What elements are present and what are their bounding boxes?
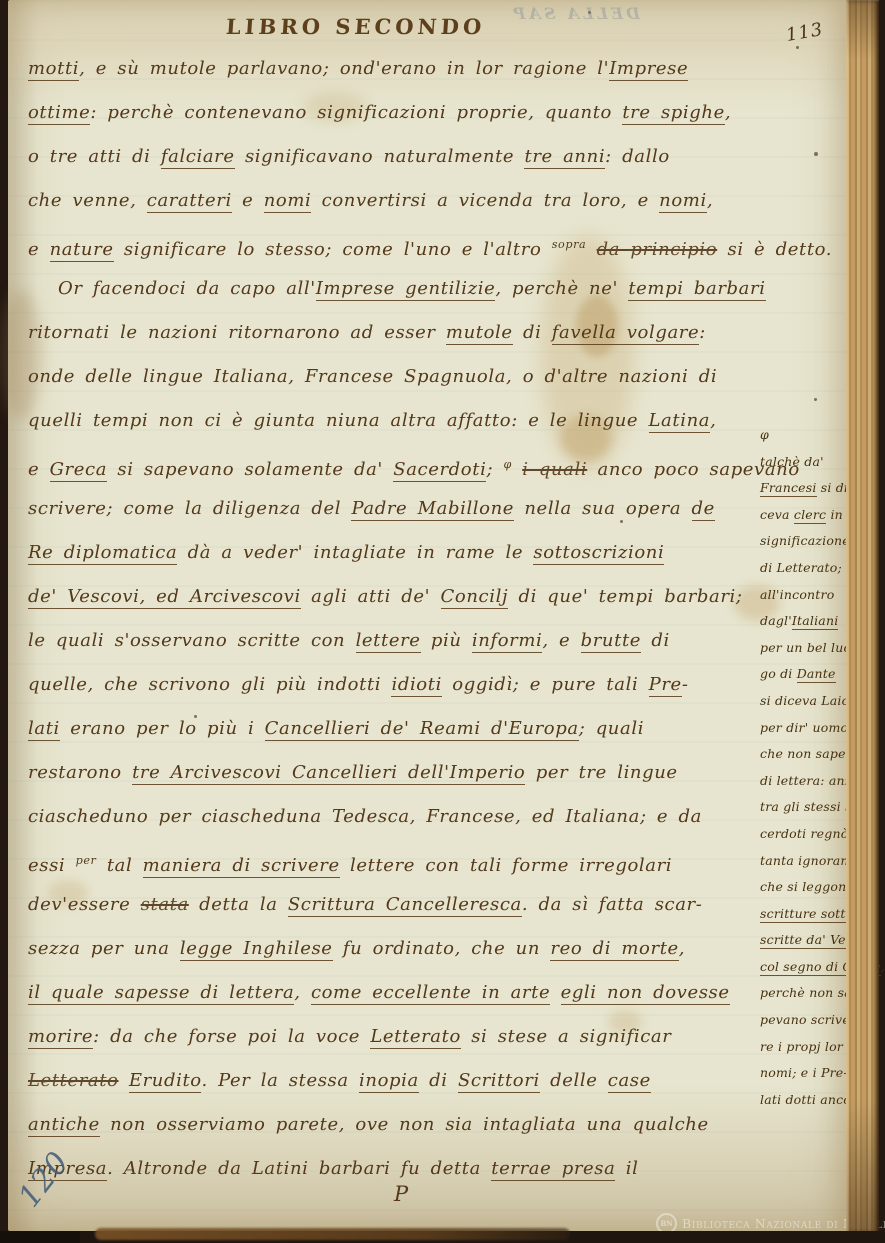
catchword: P	[394, 1182, 409, 1206]
underlined-word: favella volgare	[552, 322, 699, 345]
underlined-word: nature	[50, 239, 114, 262]
folio-number: 113	[784, 19, 824, 46]
underlined-word: falciare	[161, 146, 235, 169]
underlined-word: Dante	[797, 666, 836, 683]
margin-note-line: tanta ignoranza,	[760, 850, 856, 877]
margin-note-line: perchè non sa-	[760, 982, 856, 1009]
text-line: restarono tre Arcivescovi Cancellieri de…	[28, 758, 770, 802]
manuscript-page: DELLA SAP LIBRO SECONDO 113 motti, e sù …	[8, 0, 848, 1232]
underlined-word: Scrittura Cancelleresca	[288, 894, 522, 917]
text-line: quelli tempi non ci è giunta niuna altra…	[28, 406, 770, 450]
word-segment: ritornati le nazioni ritornarono ad esse…	[28, 322, 446, 343]
margin-note-line: φ	[760, 424, 856, 451]
underlined-word: tre spighe	[622, 102, 725, 125]
chapter-heading: LIBRO SECONDO	[225, 14, 486, 39]
word-segment: , e sù mutole parlavano; ond'erano in lo…	[79, 58, 609, 79]
manuscript-scan: { "page": { "header": "LIBRO SECONDO", "…	[0, 0, 885, 1243]
margin-note-line: re i propj lor	[760, 1036, 856, 1063]
word-segment: di lettera: anzi	[760, 773, 856, 788]
word-segment: . da sì fatta scar-	[522, 894, 703, 915]
word-segment: il	[615, 1158, 638, 1179]
margin-note-line: dagl'Italiani	[760, 610, 856, 637]
text-line: ciascheduno per ciascheduna Tedesca, Fra…	[28, 802, 770, 846]
word-segment: o tre atti di	[28, 146, 161, 167]
underlined-word: motti	[28, 58, 79, 81]
word-segment: significare lo stesso; come l'uno e l'al…	[114, 239, 552, 260]
word-segment: quelli tempi non ci è giunta niuna altra…	[28, 410, 649, 431]
margin-note-block: φtalchè da'Francesi si di-ceva clerc ins…	[760, 424, 856, 1115]
word-segment: ceva	[760, 507, 794, 522]
underlined-word: Imprese gentilizie	[316, 278, 496, 301]
margin-note-line: nomi; e i Pre-	[760, 1062, 856, 1089]
ink-speck	[814, 152, 818, 156]
word-segment	[119, 1070, 129, 1091]
underlined-word: Italiani	[792, 613, 839, 630]
text-line: ritornati le nazioni ritornarono ad esse…	[28, 318, 770, 362]
word-segment: che venne,	[28, 190, 147, 211]
word-segment	[586, 239, 596, 260]
struck-word: da principio	[597, 239, 718, 260]
word-segment: ciascheduno per ciascheduna Tedesca, Fra…	[28, 806, 702, 827]
margin-note-line: si diceva Laico	[760, 690, 856, 717]
word-segment: scrivere; come la diligenza del	[28, 498, 351, 519]
word-segment: per un bel luo-	[760, 640, 856, 655]
margin-note-line: talchè da'	[760, 451, 856, 478]
word-segment: nomi; e i Pre-	[760, 1065, 848, 1080]
underlined-word: Francesi	[760, 480, 817, 497]
word-segment: ,	[294, 982, 311, 1003]
word-segment: : da che forse poi la voce	[93, 1026, 370, 1047]
underlined-word: de	[692, 498, 715, 521]
word-segment: re i propj lor	[760, 1039, 843, 1054]
word-segment: significazione	[760, 533, 850, 548]
word-segment: non osserviamo parete, ove non sia intag…	[100, 1114, 709, 1135]
underlined-word: brutte	[581, 630, 641, 653]
underlined-word: Sacerdoti	[393, 459, 486, 482]
word-segment: restarono	[28, 762, 132, 783]
word-segment: perchè non sa-	[760, 985, 856, 1000]
word-segment: dagl'	[760, 613, 792, 628]
text-line: Re diplomatica dà a veder' intagliate in…	[28, 538, 770, 582]
underlined-word: Greca	[50, 459, 107, 482]
underlined-word: Erudito	[129, 1070, 202, 1093]
text-line: Or facendoci da capo all'Imprese gentili…	[28, 274, 770, 318]
text-line: onde delle lingue Italiana, Francese Spa…	[28, 362, 770, 406]
struck-word: Letterato	[28, 1070, 119, 1091]
word-segment: per tre lingue	[525, 762, 677, 783]
word-segment: go di	[760, 666, 797, 681]
margin-note-line: tra gli stessi Sa-	[760, 796, 856, 823]
text-line: antiche non osserviamo parete, ove non s…	[28, 1110, 770, 1154]
text-line: ottime: perchè contenevano significazion…	[28, 98, 770, 142]
word-segment: lati dotti anco	[760, 1092, 851, 1107]
underlined-word: terrae presa	[491, 1158, 615, 1181]
text-line: che venne, caratteri e nomi convertirsi …	[28, 186, 770, 230]
word-segment: convertirsi a vicenda tra loro, e	[311, 190, 659, 211]
underlined-word: egli non dovesse	[561, 982, 730, 1005]
underlined-word: tre Arcivescovi Cancellieri dell'Imperio	[132, 762, 525, 785]
underlined-word: tre anni	[524, 146, 605, 169]
margin-note-line: Francesi si di-	[760, 477, 856, 504]
margin-note-line: di lettera: anzi	[760, 770, 856, 797]
underlined-word: Imprese	[609, 58, 688, 81]
margin-note-line: significazione	[760, 530, 856, 557]
underlined-word: Latina	[649, 410, 711, 433]
margin-note-line: per un bel luo-	[760, 637, 856, 664]
margin-note-line: che si leggono	[760, 876, 856, 903]
word-segment: . Altronde da Latini barbari fu detta	[107, 1158, 491, 1179]
underlined-word: il quale sapesse di lettera	[28, 982, 294, 1005]
margin-note-line: col segno di Croce,	[760, 956, 856, 983]
word-segment: ,	[679, 938, 685, 959]
underlined-word: inopia	[359, 1070, 419, 1093]
underlined-word: ottime	[28, 102, 90, 125]
word-segment: ; quali	[579, 718, 644, 739]
word-segment: ,	[881, 959, 885, 974]
underlined-word: legge Inghilese	[180, 938, 333, 961]
main-text-block: motti, e sù mutole parlavano; ond'erano …	[28, 54, 770, 1198]
word-segment: si sapevano solamente da'	[107, 459, 393, 480]
struck-word: i quali	[522, 459, 587, 480]
word-segment: fu ordinato, che un	[333, 938, 551, 959]
underlined-word: Letterato	[370, 1026, 461, 1049]
underlined-word: de' Vescovi, ed Arcivescovi	[28, 586, 301, 609]
word-segment: in	[826, 507, 843, 522]
word-segment: φ	[760, 427, 769, 442]
margin-note-line: di Letterato; ed	[760, 557, 856, 584]
underlined-word: morire	[28, 1026, 93, 1049]
underlined-word: come eccellente in arte	[311, 982, 550, 1005]
word-segment: dev'essere	[28, 894, 141, 915]
book-fore-edge	[846, 0, 879, 1233]
word-segment: detta la	[189, 894, 288, 915]
underlined-word: lati	[28, 718, 60, 741]
text-line: o tre atti di falciare significavano nat…	[28, 142, 770, 186]
underlined-word: Pre	[649, 674, 682, 697]
word-segment: quelle, che scrivono gli più indotti	[28, 674, 391, 695]
word-segment: per dir' uomo,	[760, 720, 852, 735]
margin-note-line: lati dotti anco	[760, 1089, 856, 1116]
text-line: sezza per una legge Inghilese fu ordinat…	[28, 934, 770, 978]
underlined-word: antiche	[28, 1114, 100, 1137]
underlined-word: idioti	[391, 674, 441, 697]
underlined-word: clerc	[794, 507, 826, 524]
text-line: essi per tal maniera di scrivere lettere…	[28, 846, 770, 890]
underlined-word: nomi	[659, 190, 707, 213]
word-segment: delle	[540, 1070, 608, 1091]
underlined-word: Cancellieri de' Reami d'Europa	[265, 718, 579, 741]
underlined-word: scritture sotto-	[760, 906, 858, 923]
underlined-word: Padre Mabillone	[351, 498, 514, 521]
word-segment: ,	[707, 190, 713, 211]
word-segment: talchè da'	[760, 454, 824, 469]
margin-note-line: scritte da' Vescovi	[760, 929, 856, 956]
word-segment: agli atti de'	[301, 586, 441, 607]
underlined-word: maniera di scrivere	[143, 855, 340, 878]
word-segment: di	[641, 630, 670, 651]
word-segment: più	[421, 630, 472, 651]
word-segment: onde delle lingue Italiana, Francese Spa…	[28, 366, 717, 387]
ink-speck	[796, 46, 799, 49]
word-segment: e	[232, 190, 264, 211]
word-segment: . Per la stessa	[201, 1070, 359, 1091]
word-segment: dà a veder' intagliate in rame le	[177, 542, 533, 563]
word-segment: essi	[28, 855, 76, 876]
text-line: morire: da che forse poi la voce Lettera…	[28, 1022, 770, 1066]
word-segment: ,	[710, 410, 716, 431]
text-line: il quale sapesse di lettera, come eccell…	[28, 978, 770, 1022]
underlined-word: nomi	[264, 190, 312, 213]
word-segment: ;	[486, 459, 503, 480]
superscript-insertion: sopra	[552, 238, 587, 251]
word-segment: :	[699, 322, 706, 343]
margin-note-line: che non sapeva	[760, 743, 856, 770]
text-line: motti, e sù mutole parlavano; ond'erano …	[28, 54, 770, 98]
word-segment: e	[28, 459, 50, 480]
word-segment: lettere con tali forme irregolari	[340, 855, 672, 876]
word-segment: : dallo	[605, 146, 670, 167]
underlined-word: caratteri	[147, 190, 232, 213]
underlined-word: tempi barbari	[628, 278, 765, 301]
word-segment: all'incontro	[760, 587, 834, 602]
text-line: de' Vescovi, ed Arcivescovi agli atti de…	[28, 582, 770, 626]
word-segment: pevano scrive-	[760, 1012, 854, 1027]
text-line: le quali s'osservano scritte con lettere…	[28, 626, 770, 670]
margin-note-line: cerdoti regnò co-	[760, 823, 856, 850]
underlined-word: reo di morte	[550, 938, 678, 961]
word-segment: sezza per una	[28, 938, 180, 959]
text-line: Letterato Erudito. Per la stessa inopia …	[28, 1066, 770, 1110]
ink-speck	[814, 398, 817, 401]
underlined-word: informi	[472, 630, 542, 653]
text-line: e Greca si sapevano solamente da' Sacerd…	[28, 450, 770, 494]
underlined-word: mutole	[446, 322, 513, 345]
word-segment: , e	[542, 630, 580, 651]
word-segment: erano per lo più i	[60, 718, 265, 739]
word-segment: : perchè contenevano significazioni prop…	[90, 102, 622, 123]
text-line: dev'essere stata detta la Scrittura Canc…	[28, 890, 770, 934]
word-segment: si stese a significar	[461, 1026, 672, 1047]
margin-note-line: all'incontro	[760, 584, 856, 611]
word-segment: -	[682, 674, 689, 695]
word-segment: e	[28, 239, 50, 260]
margin-note-line: ceva clerc in	[760, 504, 856, 531]
text-line: e nature significare lo stesso; come l'u…	[28, 230, 770, 274]
word-segment: di	[419, 1070, 458, 1091]
word-segment: le quali s'osservano scritte con	[28, 630, 356, 651]
bottom-edge-stain	[95, 1228, 570, 1240]
margin-note-line: per dir' uomo,	[760, 717, 856, 744]
word-segment: di que' tempi barbari;	[508, 586, 742, 607]
margin-note-line: scritture sotto-	[760, 903, 856, 930]
superscript-insertion: per	[76, 854, 97, 867]
text-line: quelle, che scrivono gli più indotti idi…	[28, 670, 770, 714]
word-segment: che si leggono	[760, 879, 854, 894]
struck-word: stata	[141, 894, 189, 915]
word-segment	[512, 459, 522, 480]
underlined-word: Re diplomatica	[28, 542, 177, 565]
margin-note-line: go di Dante	[760, 663, 856, 690]
word-segment: nella sua opera	[514, 498, 692, 519]
word-segment: di	[513, 322, 552, 343]
underlined-word: Concilj	[441, 586, 509, 609]
word-segment: si è detto.	[717, 239, 832, 260]
underlined-word: Scrittori	[458, 1070, 540, 1093]
superscript-insertion: φ	[503, 458, 511, 471]
word-segment: ,	[725, 102, 731, 123]
text-line: scrivere; come la diligenza del Padre Ma…	[28, 494, 770, 538]
word-segment: Or facendoci da capo all'	[58, 278, 316, 299]
underlined-word: lettere	[356, 630, 421, 653]
word-segment: oggidì; e pure tali	[442, 674, 649, 695]
text-line: lati erano per lo più i Cancellieri de' …	[28, 714, 770, 758]
word-segment: , perchè ne'	[495, 278, 628, 299]
margin-note-line: pevano scrive-	[760, 1009, 856, 1036]
underlined-word: sottoscrizioni	[533, 542, 664, 565]
word-segment: significavano naturalmente	[235, 146, 525, 167]
word-segment: tal	[97, 855, 143, 876]
underlined-word: case	[608, 1070, 651, 1093]
word-segment	[550, 982, 560, 1003]
word-segment: si diceva Laico	[760, 693, 857, 708]
